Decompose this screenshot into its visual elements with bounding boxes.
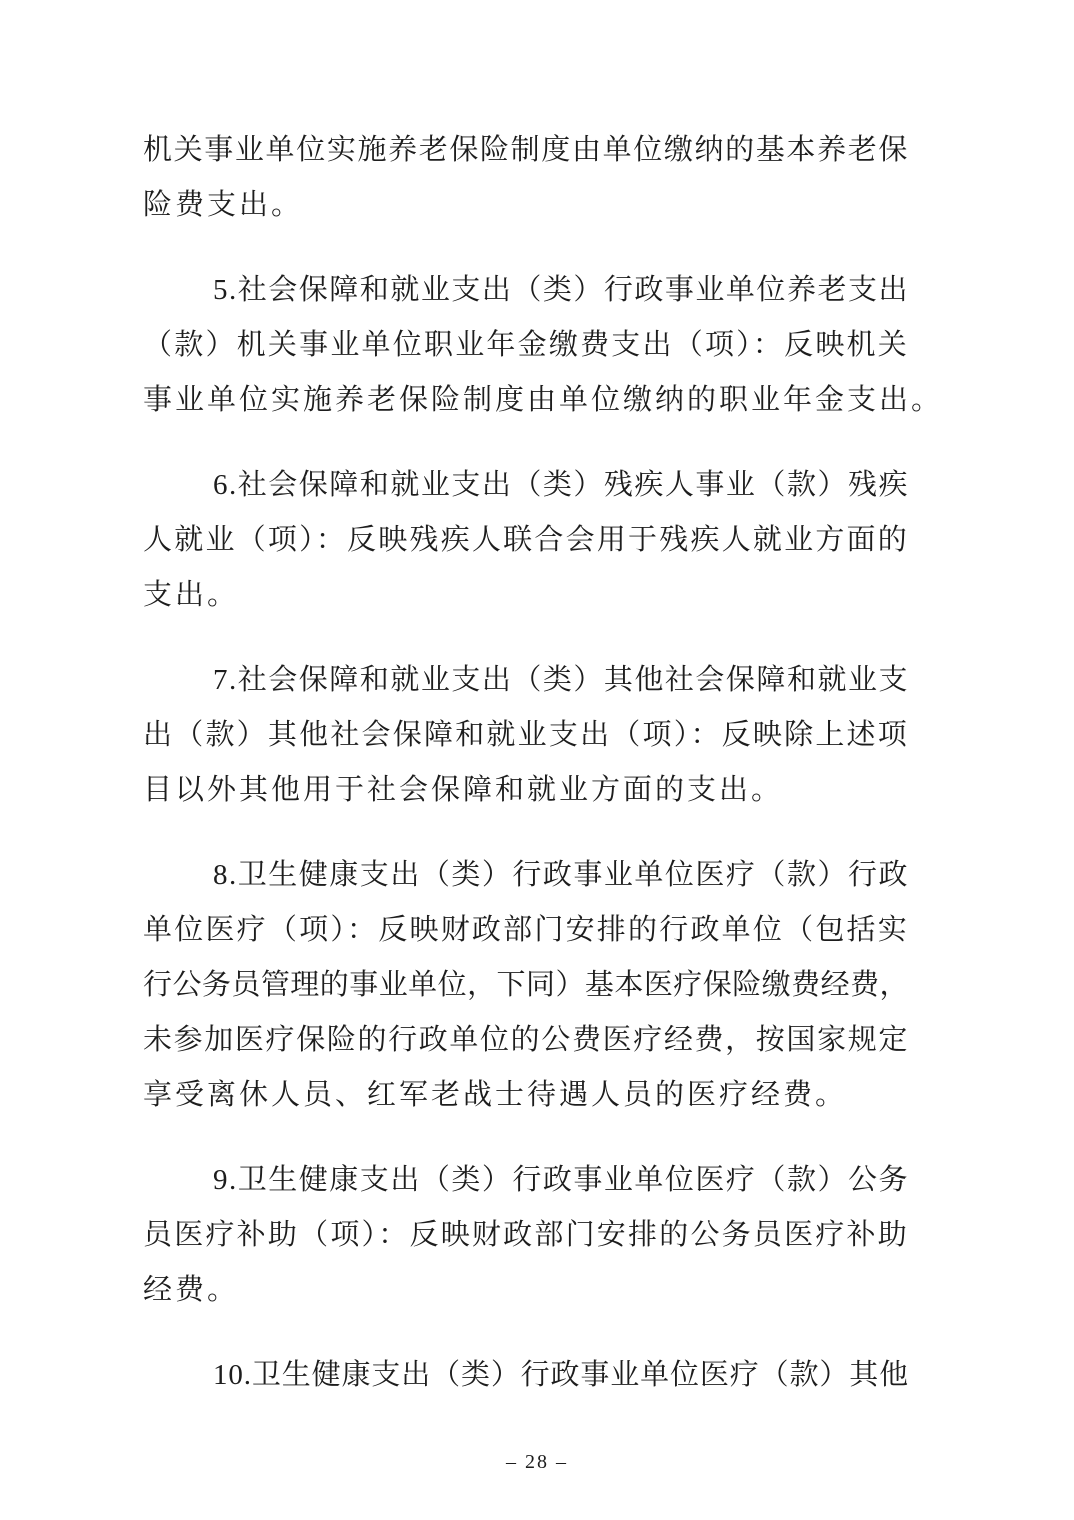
text-line: 员医疗补助（项）：反映财政部门安排的公务员医疗补助 [143, 1208, 909, 1263]
text-line: 5.社会保障和就业支出（类）行政事业单位养老支出 [143, 263, 909, 318]
page-number: – 28 – [0, 1449, 1074, 1475]
text-line: 8.卫生健康支出（类）行政事业单位医疗（款）行政 [143, 848, 909, 903]
paragraph-item-10: 10.卫生健康支出（类）行政事业单位医疗（款）其他 [143, 1348, 909, 1403]
text-line: 未参加医疗保险的行政单位的公费医疗经费，按国家规定 [143, 1013, 909, 1068]
text-line: 单位医疗（项）：反映财政部门安排的行政单位（包括实 [143, 903, 909, 958]
document-page: 机关事业单位实施养老保险制度由单位缴纳的基本养老保 险费支出。 5.社会保障和就… [0, 0, 1074, 1520]
text-line: 人就业（项）：反映残疾人联合会用于残疾人就业方面的 [143, 513, 909, 568]
text-line: 10.卫生健康支出（类）行政事业单位医疗（款）其他 [143, 1348, 909, 1403]
text-line: 机关事业单位实施养老保险制度由单位缴纳的基本养老保 [143, 123, 909, 178]
text-line: 支出。 [143, 568, 909, 623]
paragraph-item-8: 8.卫生健康支出（类）行政事业单位医疗（款）行政 单位医疗（项）：反映财政部门安… [143, 848, 909, 1123]
text-line: （款）机关事业单位职业年金缴费支出（项）：反映机关 [143, 318, 909, 373]
text-line: 9.卫生健康支出（类）行政事业单位医疗（款）公务 [143, 1153, 909, 1208]
text-line: 6.社会保障和就业支出（类）残疾人事业（款）残疾 [143, 458, 909, 513]
paragraph-item-6: 6.社会保障和就业支出（类）残疾人事业（款）残疾 人就业（项）：反映残疾人联合会… [143, 458, 909, 623]
text-line: 险费支出。 [143, 178, 909, 233]
text-line: 事业单位实施养老保险制度由单位缴纳的职业年金支出。 [143, 373, 909, 428]
text-line: 享受离休人员、红军老战士待遇人员的医疗经费。 [143, 1068, 909, 1123]
paragraph-item-5: 5.社会保障和就业支出（类）行政事业单位养老支出 （款）机关事业单位职业年金缴费… [143, 263, 909, 428]
paragraph-item-7: 7.社会保障和就业支出（类）其他社会保障和就业支 出（款）其他社会保障和就业支出… [143, 653, 909, 818]
paragraph-continuation: 机关事业单位实施养老保险制度由单位缴纳的基本养老保 险费支出。 [143, 123, 909, 233]
paragraph-item-9: 9.卫生健康支出（类）行政事业单位医疗（款）公务 员医疗补助（项）：反映财政部门… [143, 1153, 909, 1318]
text-line: 行公务员管理的事业单位，下同）基本医疗保险缴费经费， [143, 958, 909, 1013]
text-line: 经费。 [143, 1263, 909, 1318]
document-body: 机关事业单位实施养老保险制度由单位缴纳的基本养老保 险费支出。 5.社会保障和就… [143, 123, 909, 1403]
text-line: 出（款）其他社会保障和就业支出（项）：反映除上述项 [143, 708, 909, 763]
text-line: 目以外其他用于社会保障和就业方面的支出。 [143, 763, 909, 818]
text-line: 7.社会保障和就业支出（类）其他社会保障和就业支 [143, 653, 909, 708]
